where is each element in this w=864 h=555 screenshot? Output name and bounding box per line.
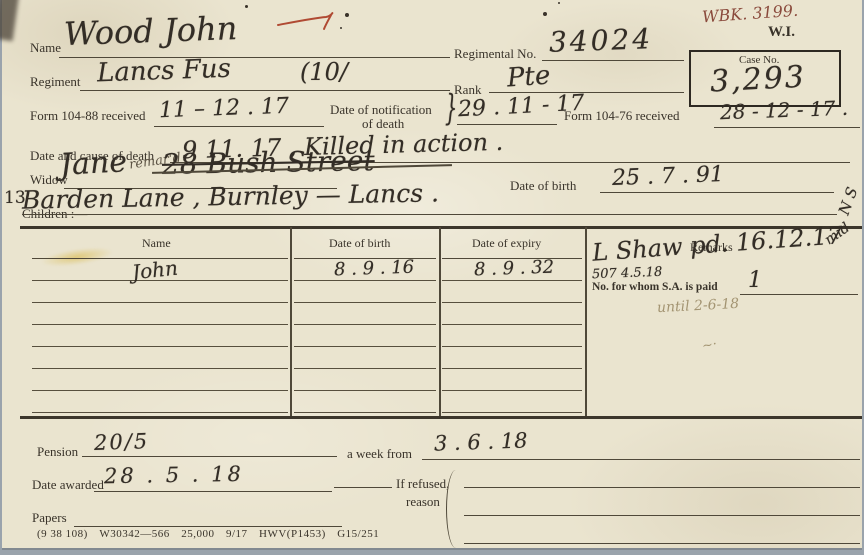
pencil-smudge: ~· bbox=[701, 337, 718, 354]
ink-speck bbox=[558, 2, 560, 4]
wbk-reference: WBK. 3199. bbox=[701, 1, 798, 27]
col-header-name: Name bbox=[142, 236, 171, 251]
pension-underline bbox=[82, 456, 337, 457]
col-header-expiry: Date of expiry bbox=[472, 236, 541, 251]
name-label: Name bbox=[30, 40, 61, 56]
dob-value: 25 . 7 . 91 bbox=[612, 162, 725, 191]
ink-speck bbox=[245, 5, 248, 8]
margin-note: N S bbox=[835, 185, 862, 218]
regimental-no-label: Regimental No. bbox=[454, 46, 536, 62]
reason-label: reason bbox=[406, 494, 440, 510]
table-divider-2 bbox=[439, 227, 441, 417]
form-104-88-label: Form 104-88 received bbox=[30, 108, 146, 124]
remarks-ref: 507 4.5.18 bbox=[592, 265, 663, 282]
regimental-no-value: 34024 bbox=[548, 22, 653, 59]
dob-underline bbox=[600, 192, 834, 193]
week-from-value: 3 . 6 . 18 bbox=[434, 428, 528, 455]
dob-label: Date of birth bbox=[510, 178, 576, 194]
pencil-note: until 2-6-18 bbox=[657, 296, 740, 316]
scan-smudge bbox=[0, 0, 19, 41]
rank-value: Pte bbox=[506, 61, 551, 94]
sa-paid-value: 1 bbox=[748, 268, 762, 293]
form-104-88-value: 11 – 12 . 17 bbox=[159, 94, 290, 124]
table-divider-1 bbox=[290, 227, 292, 417]
address-underline bbox=[22, 214, 837, 215]
week-from-label: a week from bbox=[347, 446, 412, 462]
week-from-underline bbox=[422, 459, 860, 460]
old-address-struck: 28 Bush Street bbox=[162, 144, 375, 181]
ink-speck bbox=[543, 12, 547, 16]
refused-line-2 bbox=[464, 515, 860, 516]
regiment-label: Regiment bbox=[30, 74, 81, 90]
pension-value: 20/5 bbox=[94, 429, 150, 455]
form-104-88-underline bbox=[154, 126, 324, 127]
battalion-value: (10/ bbox=[300, 58, 348, 86]
blank-rows-expiry bbox=[442, 259, 582, 414]
red-check-mark bbox=[274, 6, 354, 34]
if-refused-label: If refused, bbox=[396, 476, 449, 492]
form-104-76-label: Form 104-76 received bbox=[564, 108, 680, 124]
col-header-dob: Date of birth bbox=[329, 236, 390, 251]
print-imprint: (9 38 108) W30342—566 25,000 9/17 HWV(P1… bbox=[37, 528, 379, 540]
regimental-no-underline bbox=[542, 60, 684, 61]
child-name: John bbox=[131, 256, 179, 285]
blank-rows-dob bbox=[294, 259, 436, 414]
form-104-76-underline bbox=[714, 127, 860, 128]
regiment-value: Lancs Fus bbox=[97, 54, 232, 89]
notification-underline bbox=[457, 124, 557, 125]
pension-record-card: WBK. 3199. W.I. Name Wood John Regimenta… bbox=[2, 0, 862, 548]
papers-underline bbox=[74, 526, 342, 527]
date-awarded-value: 28 . 5 . 18 bbox=[104, 462, 244, 488]
table-divider-3 bbox=[585, 227, 587, 417]
widow-name-value: Jane bbox=[59, 144, 128, 182]
ink-speck bbox=[340, 27, 342, 29]
refused-line-3 bbox=[464, 543, 860, 544]
refused-line-1 bbox=[464, 487, 860, 488]
sa-paid-label: No. for whom S.A. is paid bbox=[592, 281, 718, 293]
papers-label: Papers bbox=[32, 510, 67, 526]
child-dob: 8 . 9 . 16 bbox=[334, 257, 415, 281]
pension-label: Pension bbox=[37, 444, 78, 460]
notification-brace: } bbox=[445, 87, 457, 129]
name-value: Wood John bbox=[63, 9, 237, 53]
table-bottom-rule bbox=[20, 416, 862, 419]
blank-rows-name bbox=[32, 259, 288, 414]
refused-connector-line bbox=[334, 487, 392, 488]
wi-stamp: W.I. bbox=[768, 24, 795, 41]
case-no-value: 3,293 bbox=[709, 60, 807, 100]
child-expiry: 8 . 9 . 32 bbox=[474, 257, 555, 281]
refused-brace bbox=[446, 470, 461, 548]
regiment-underline bbox=[80, 90, 450, 91]
date-awarded-underline bbox=[94, 491, 332, 492]
sa-paid-underline bbox=[740, 294, 858, 295]
ink-speck bbox=[345, 13, 349, 17]
form-104-76-value: 28 - 12 - 17 . bbox=[720, 96, 849, 124]
rank-underline bbox=[489, 92, 684, 93]
